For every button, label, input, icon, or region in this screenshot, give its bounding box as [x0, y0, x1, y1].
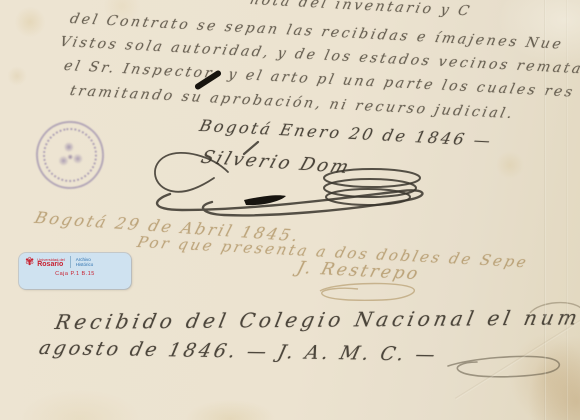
receipt-line-recibido: Recibido del Colegio Nacional el num	[53, 305, 580, 334]
sticker-dept-line2: Histórico	[76, 262, 94, 267]
archive-sticker: ✾ Universidad del Rosario Archivo Histór…	[19, 253, 131, 289]
restrepo-rubric-flourish	[312, 279, 422, 305]
sticker-divider	[70, 256, 71, 268]
sticker-header-row: ✾ Universidad del Rosario Archivo Histór…	[19, 253, 131, 268]
sticker-org-line2: Rosario	[37, 262, 65, 267]
scanned-manuscript-page: nota del inventario y C del Contrato se …	[0, 0, 580, 420]
sticker-org-name: Universidad del Rosario	[37, 257, 65, 267]
sticker-box-caption: Caja P.1 B.15	[19, 271, 131, 277]
flourish-arc-fragment	[528, 299, 580, 315]
receipt-rubric-swirl	[443, 344, 573, 384]
signature-flourish	[140, 140, 470, 220]
sticker-dept-name: Archivo Histórico	[76, 257, 94, 267]
ink-seal	[32, 117, 109, 194]
receipt-line-agosto: agosto de 1846. — J. A. M. C. —	[37, 337, 440, 366]
manuscript-top-line-0: nota del inventario y C	[248, 0, 473, 19]
rosario-rosette-icon: ✾	[25, 257, 34, 268]
